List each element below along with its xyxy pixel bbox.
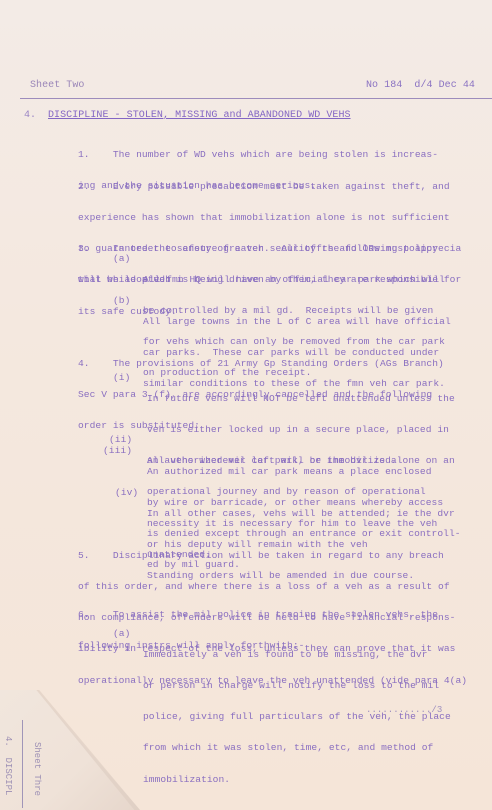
policy-marker-a: (a) — [113, 254, 130, 264]
order-marker-ii: (ii) — [109, 435, 132, 445]
instr-marker-a: (a) — [113, 629, 130, 639]
fold-rule — [22, 720, 23, 808]
order-marker-i: (i) — [113, 373, 130, 383]
sheet-label: Sheet Two — [30, 81, 84, 91]
header-rule — [20, 98, 492, 99]
policy-marker-b: (b) — [113, 296, 130, 306]
instr-item-a: Immediately a veh is found to be missing… — [143, 629, 451, 806]
section-number: 4. — [24, 111, 36, 121]
folded-corner-next-sheet — [0, 690, 140, 810]
order-marker-iv: (iv) — [115, 488, 138, 498]
fold-section-fragment: 4. DISCIPL — [3, 736, 13, 795]
document-page: Sheet Two No 184 d/4 Dec 44 4. DISCIPLIN… — [0, 0, 492, 810]
fold-sheet-label: Sheet Thre — [32, 742, 42, 796]
document-reference: No 184 d/4 Dec 44 — [366, 81, 475, 91]
section-title: DISCIPLINE - STOLEN, MISSING and ABANDON… — [48, 111, 351, 121]
order-marker-iii: (iii) — [103, 446, 132, 456]
continuation-marker: ............/3 — [366, 705, 442, 715]
